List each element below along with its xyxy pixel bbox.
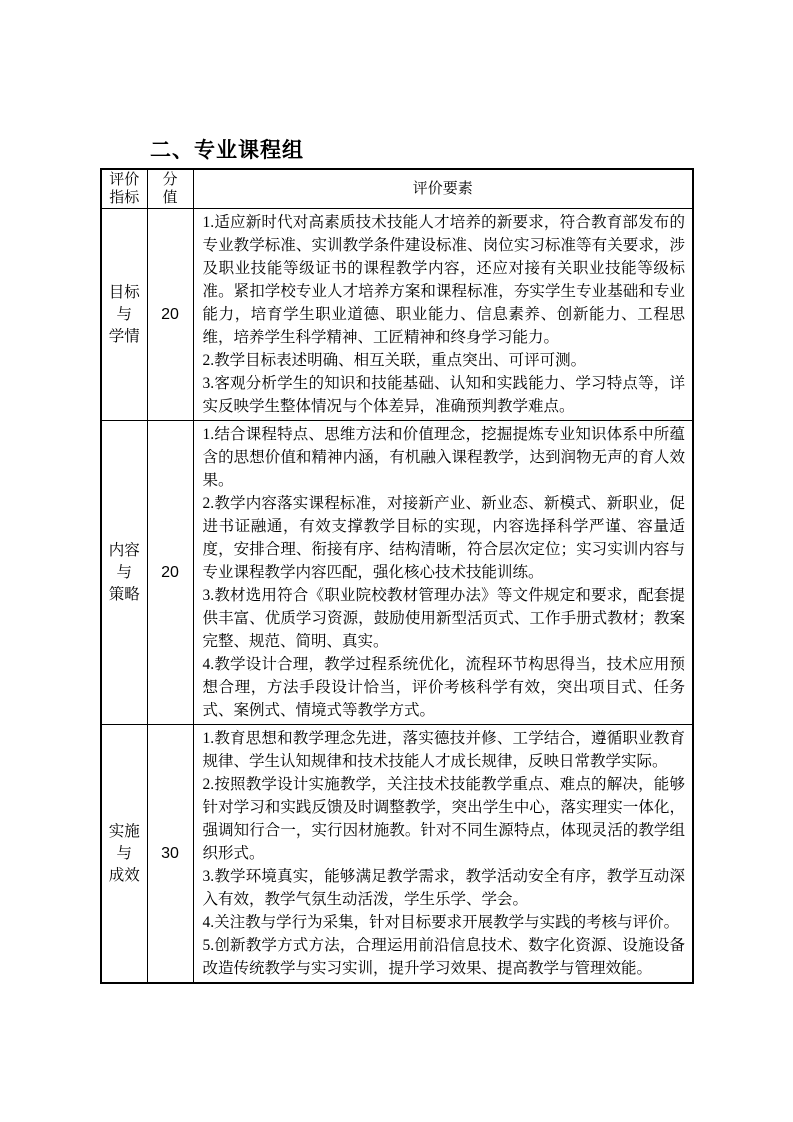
indicator-line1: 目标: [102, 282, 147, 304]
indicator-line3: 策略: [102, 584, 147, 606]
element-item: 3.教学环境真实，能够满足教学需求，教学活动安全有序，教学互动深入有效，教学气氛…: [203, 865, 686, 911]
indicator-cell: 内容 与 策略: [101, 421, 147, 725]
indicator-line1: 内容: [102, 540, 147, 562]
element-item: 1.教育思想和教学理念先进，落实德技并修、工学结合，遵循职业教育规律、学生认知规…: [203, 727, 686, 773]
element-item: 5.创新教学方式方法，合理运用前沿信息技术、数字化资源、设施设备改造传统教学与实…: [203, 934, 686, 980]
element-item: 1.结合课程特点、思维方法和价值理念，挖掘提炼专业知识体系中所蕴含的思想价值和精…: [203, 423, 686, 492]
element-item: 4.教学设计合理，教学过程系统优化，流程环节构思得当，技术应用预想合理，方法手段…: [203, 653, 686, 722]
element-item: 4.关注教与学行为采集，针对目标要求开展教学与实践的考核与评价。: [203, 911, 686, 934]
document-page: 二、专业课程组 评价 指标 分 值 评价要素 目标 与 学情: [0, 0, 793, 1122]
element-item: 2.按照教学设计实施教学，关注技术技能教学重点、难点的解决，能够针对学习和实践反…: [203, 773, 686, 865]
element-item: 2.教学目标表述明确、相互关联，重点突出、可评可测。: [203, 349, 686, 372]
header-score: 分 值: [147, 169, 193, 209]
element-item: 3.教材选用符合《职业院校教材管理办法》等文件规定和要求，配套提供丰富、优质学习…: [203, 584, 686, 653]
table-row: 目标 与 学情 20 1.适应新时代对高素质技术技能人才培养的新要求，符合教育部…: [101, 209, 693, 421]
indicator-line2: 与: [102, 562, 147, 584]
indicator-cell: 目标 与 学情: [101, 209, 147, 421]
evaluation-table: 评价 指标 分 值 评价要素 目标 与 学情 20 1.适应新时代对高素质技术技…: [100, 168, 694, 984]
table-header-row: 评价 指标 分 值 评价要素: [101, 169, 693, 209]
header-indicator-line2: 指标: [102, 189, 147, 207]
elements-cell: 1.教育思想和教学理念先进，落实德技并修、工学结合，遵循职业教育规律、学生认知规…: [193, 725, 693, 984]
table-row: 实施 与 成效 30 1.教育思想和教学理念先进，落实德技并修、工学结合，遵循职…: [101, 725, 693, 984]
indicator-line2: 与: [102, 304, 147, 326]
element-item: 2.教学内容落实课程标准，对接新产业、新业态、新模式、新职业，促进书证融通，有效…: [203, 492, 686, 584]
indicator-line3: 成效: [102, 865, 147, 887]
header-elements: 评价要素: [193, 169, 693, 209]
indicator-cell: 实施 与 成效: [101, 725, 147, 984]
elements-cell: 1.适应新时代对高素质技术技能人才培养的新要求，符合教育部发布的专业教学标准、实…: [193, 209, 693, 421]
score-cell: 20: [147, 421, 193, 725]
element-item: 1.适应新时代对高素质技术技能人才培养的新要求，符合教育部发布的专业教学标准、实…: [203, 211, 686, 349]
header-score-line1: 分: [148, 171, 193, 189]
indicator-line2: 与: [102, 843, 147, 865]
elements-cell: 1.结合课程特点、思维方法和价值理念，挖掘提炼专业知识体系中所蕴含的思想价值和精…: [193, 421, 693, 725]
header-indicator-line1: 评价: [102, 171, 147, 189]
score-cell: 20: [147, 209, 193, 421]
table-row: 内容 与 策略 20 1.结合课程特点、思维方法和价值理念，挖掘提炼专业知识体系…: [101, 421, 693, 725]
indicator-line3: 学情: [102, 326, 147, 348]
indicator-line1: 实施: [102, 821, 147, 843]
header-score-line2: 值: [148, 189, 193, 207]
header-indicator: 评价 指标: [101, 169, 147, 209]
section-title: 二、专业课程组: [150, 134, 304, 164]
score-cell: 30: [147, 725, 193, 984]
element-item: 3.客观分析学生的知识和技能基础、认知和实践能力、学习特点等，详实反映学生整体情…: [203, 372, 686, 418]
